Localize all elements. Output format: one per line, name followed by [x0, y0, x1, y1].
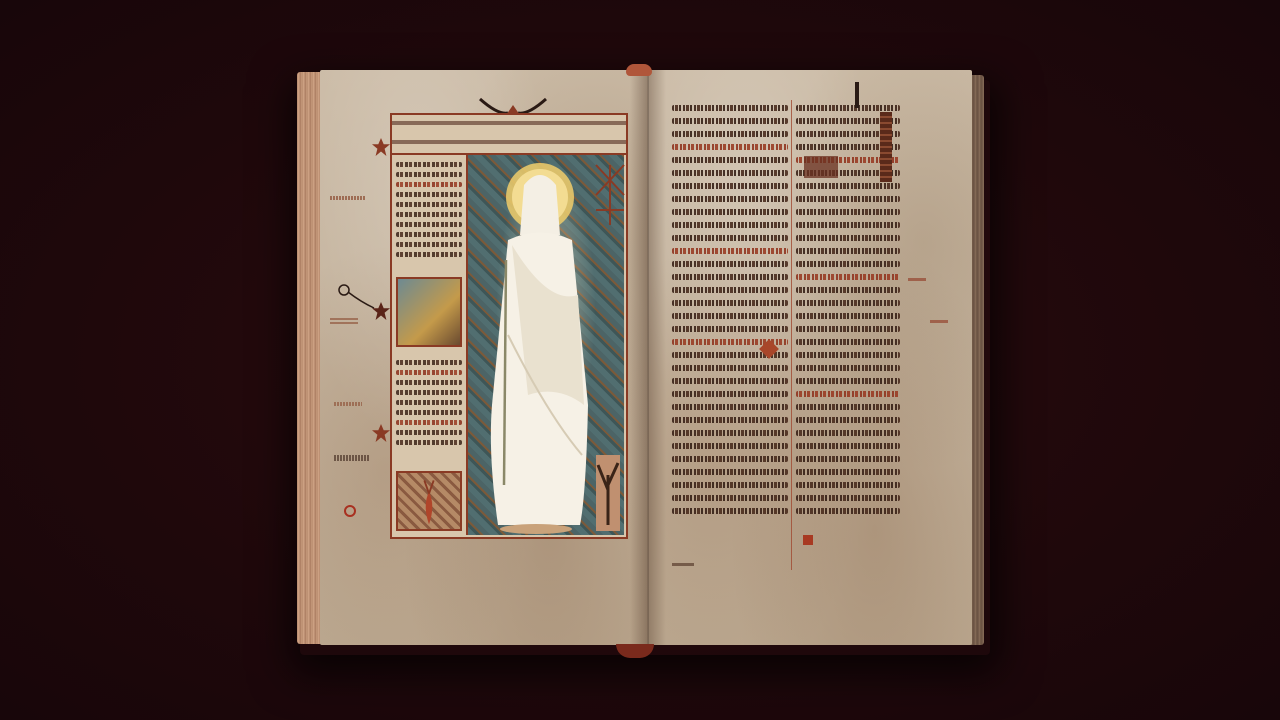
marginal-note — [334, 402, 362, 406]
rubricated-initial — [804, 156, 838, 178]
saint-icon-panel — [466, 155, 624, 535]
tower-ornament — [880, 112, 892, 182]
marginal-note — [330, 316, 358, 326]
marginal-note — [334, 455, 370, 461]
historiated-initial — [396, 277, 462, 347]
marginal-note — [930, 320, 948, 323]
robed-figure-icon — [468, 155, 626, 537]
flower-icon — [398, 473, 460, 529]
star-ornament-icon — [372, 138, 390, 156]
star-ornament-icon — [372, 424, 390, 442]
column-rule — [791, 100, 792, 570]
bookmark-ribbon-bottom — [616, 644, 654, 658]
bookmark-ribbon-top — [626, 64, 652, 76]
right-page-edges — [970, 75, 984, 645]
floral-panel — [396, 471, 462, 531]
manuscript-scene — [0, 0, 1280, 720]
frame-header-script — [392, 115, 626, 155]
tree-icon — [596, 455, 620, 531]
branch-ornament-icon — [336, 282, 376, 312]
marginal-note — [330, 196, 366, 200]
marginal-note — [672, 563, 694, 566]
marginal-note — [908, 278, 926, 281]
rubricated-initial — [803, 535, 813, 545]
illumination-frame — [390, 113, 628, 539]
book-gutter — [630, 70, 666, 645]
right-text-column-1 — [672, 105, 788, 550]
left-text-lower — [396, 355, 462, 450]
pointer-ornament — [855, 82, 859, 108]
margin-dot — [344, 505, 356, 517]
